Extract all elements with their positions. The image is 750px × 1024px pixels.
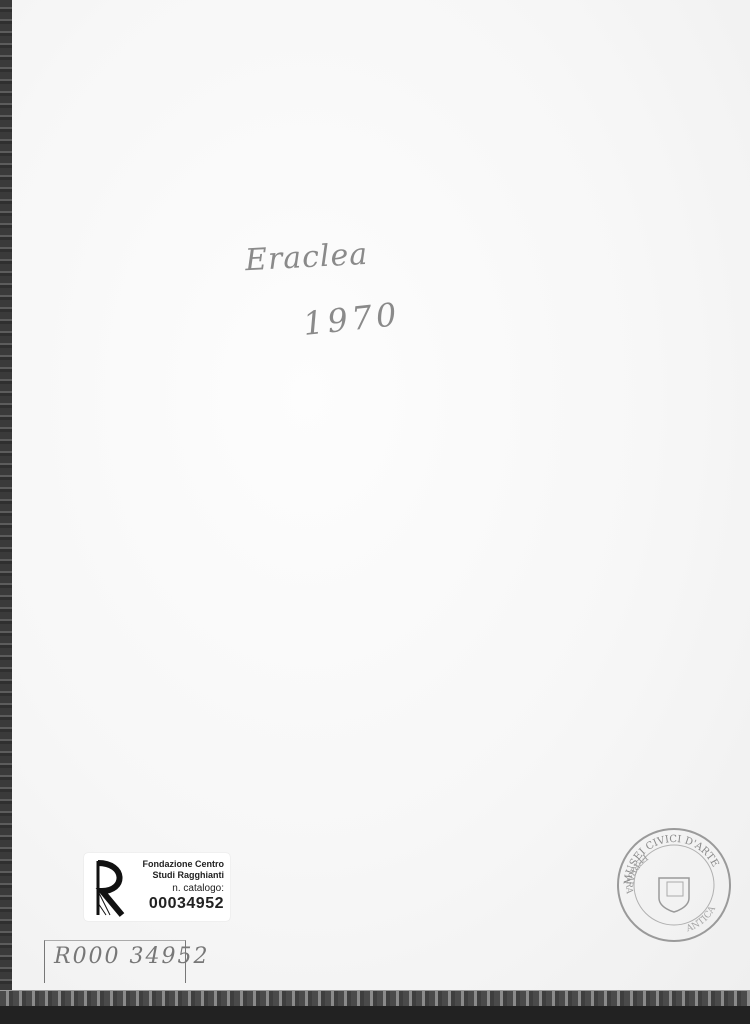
handwritten-title: Eraclea [244, 237, 369, 278]
stamp-text-bottom: ANTICA [684, 904, 718, 935]
label-catalog-number: 00034952 [143, 895, 225, 913]
scanner-background [0, 1006, 750, 1024]
label-catalog-caption: n. catalogo: [143, 883, 225, 894]
label-org-line2: Studi Ragghianti [143, 870, 225, 881]
svg-text:ANTICA: ANTICA [684, 904, 718, 935]
svg-text:FERRARA: FERRARA [623, 851, 649, 894]
catalog-label: Fondazione Centro Studi Ragghianti n. ca… [84, 853, 230, 921]
stamp-text-left: FERRARA [623, 851, 649, 894]
scanner-film-edge-bottom [0, 990, 750, 1007]
ragghianti-logo-icon [92, 857, 126, 917]
label-org-line1: Fondazione Centro [143, 859, 225, 870]
museum-stamp-icon: MUSEI CIVICI D'ARTE FERRARA ANTICA [615, 826, 733, 944]
scanner-film-edge-left [0, 0, 12, 1000]
handwritten-inventory-number: R000 34952 [54, 944, 210, 969]
